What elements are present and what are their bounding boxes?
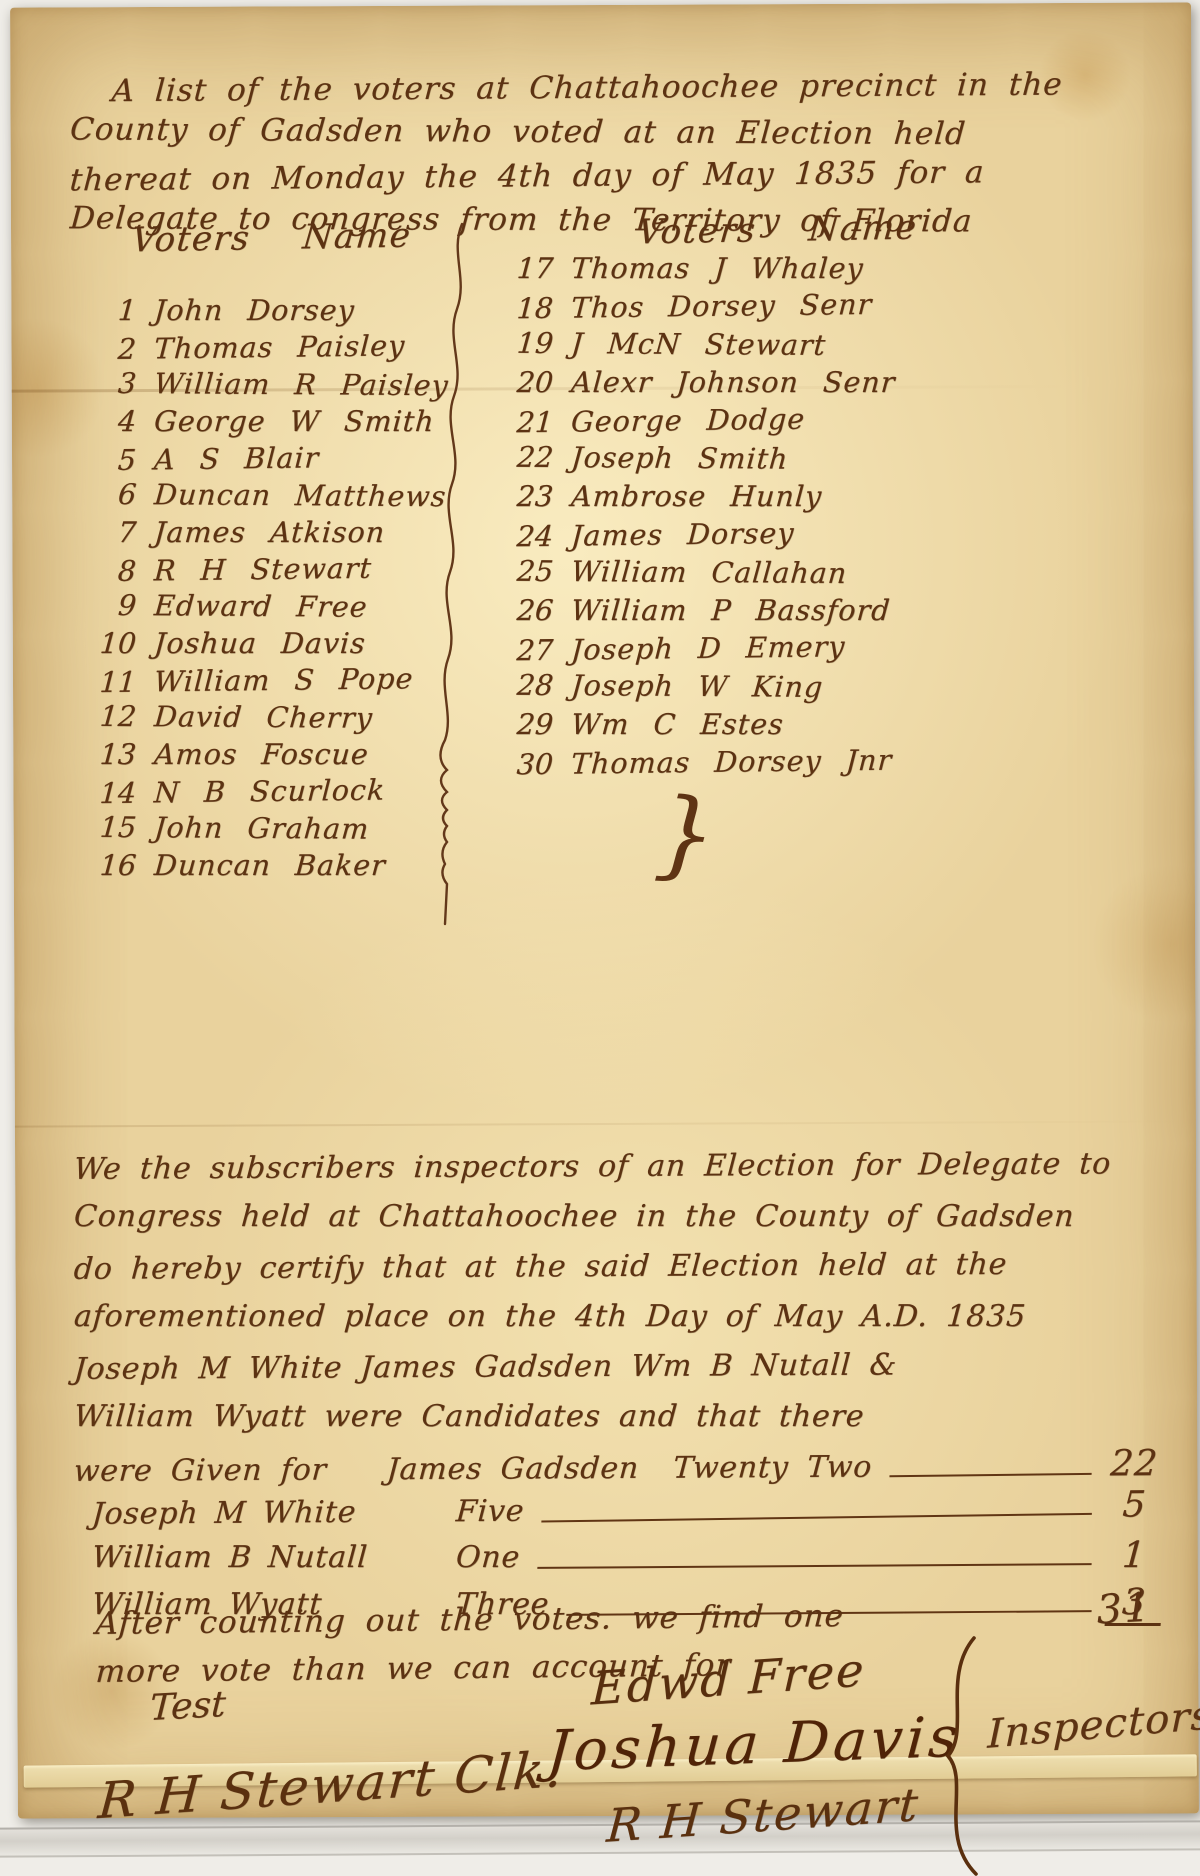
voter-name: A S Blair xyxy=(153,441,320,476)
voter-name: George W Smith xyxy=(153,405,436,438)
voter-number: 7 xyxy=(87,516,137,549)
column-divider-squiggle xyxy=(412,224,482,924)
voter-number: 30 xyxy=(504,748,554,782)
voter-row: 20 Alexr Johnson Senr xyxy=(504,366,897,404)
tally-row: Joseph M White Five 5 xyxy=(90,1484,1163,1538)
voter-number: 17 xyxy=(504,252,554,285)
voter-number: 19 xyxy=(504,327,555,360)
voter-number: 4 xyxy=(87,405,137,438)
voter-number: 18 xyxy=(504,292,554,326)
voter-number: 6 xyxy=(87,478,138,511)
scanned-document: { "ink_color": "#5c3212", "paper_color":… xyxy=(0,0,1200,1876)
voter-name: Thomas Dorsey Jnr xyxy=(570,744,893,781)
voter-row: 4 George W Smith xyxy=(87,405,450,442)
voter-name: R H Stewart xyxy=(153,552,373,588)
voter-row: 15 John Graham xyxy=(87,811,450,851)
voter-number: 27 xyxy=(504,634,554,668)
voter-number: 1 xyxy=(87,294,137,327)
voter-name: William S Pope xyxy=(153,662,414,698)
voter-number: 16 xyxy=(87,849,137,882)
voter-number: 25 xyxy=(504,555,555,588)
voter-number: 20 xyxy=(504,366,554,399)
voter-name: Joseph D Emery xyxy=(570,630,846,666)
voter-row: 16 Duncan Baker xyxy=(87,849,450,886)
column-header-left: Voters Name xyxy=(130,216,413,261)
tally-dash-rule xyxy=(542,1513,1092,1523)
voter-name: William Callahan xyxy=(570,555,848,590)
voter-number: 26 xyxy=(504,594,554,627)
voter-row: 2 Thomas Paisley xyxy=(87,329,450,370)
voter-number: 5 xyxy=(87,444,137,478)
tally-dash-rule xyxy=(889,1473,1091,1477)
voter-row: 27 Joseph D Emery xyxy=(504,630,897,673)
voter-row: 11 William S Pope xyxy=(87,662,450,703)
voter-number: 22 xyxy=(504,441,555,474)
voter-name: David Cherry xyxy=(153,700,374,735)
voter-row: 23 Ambrose Hunly xyxy=(504,480,897,518)
voter-number: 29 xyxy=(504,708,554,741)
voter-name: Alexr Johnson Senr xyxy=(570,366,896,399)
voter-row: 29 Wm C Estes xyxy=(504,708,897,746)
voter-row: 19 J McN Stewart xyxy=(504,327,897,368)
tally-count-value: 1 xyxy=(1105,1535,1164,1576)
voter-number: 15 xyxy=(87,811,138,844)
voter-row: 13 Amos Foscue xyxy=(87,738,450,775)
voter-name: William P Bassford xyxy=(570,594,892,627)
voter-list-right: 17 Thomas J Whaley 18 Thos Dorsey Senr 1… xyxy=(505,252,895,784)
tally-count-words: One xyxy=(455,1540,522,1575)
certification-line: Joseph M White James Gadsden Wm B Nutall… xyxy=(72,1339,1164,1395)
title-line: A list of the voters at Chattahoochee pr… xyxy=(68,63,1064,114)
voter-number: 8 xyxy=(87,555,137,589)
voter-row: 10 Joshua Davis xyxy=(87,627,450,664)
voter-row: 1 John Dorsey xyxy=(87,294,450,331)
voter-row: 7 James Atkison xyxy=(87,516,450,553)
voter-name: J McN Stewart xyxy=(570,327,827,362)
voter-row: 25 William Callahan xyxy=(504,555,897,596)
voter-number: 10 xyxy=(87,627,137,660)
voter-name: Joseph Smith xyxy=(570,441,790,476)
voter-name: Thomas Paisley xyxy=(153,329,406,365)
voter-name: John Dorsey xyxy=(153,294,356,327)
signature-attest: Test xyxy=(149,1684,227,1729)
certification-line: Congress held at Chattahoochee in the Co… xyxy=(72,1192,1163,1242)
voter-row: 21 George Dodge xyxy=(504,402,897,445)
certification-line: We the subscribers inspectors of an Elec… xyxy=(72,1139,1164,1195)
voter-name: Ambrose Hunly xyxy=(570,480,823,513)
title-line: thereat on Monday the 4th day of May 183… xyxy=(68,150,1064,203)
voter-row: 9 Edward Free xyxy=(87,589,450,629)
tally-candidate: William B Nutall xyxy=(91,1540,423,1575)
voter-name: James Atkison xyxy=(153,516,386,549)
voter-name: John Graham xyxy=(153,811,371,846)
voter-number: 3 xyxy=(87,367,138,400)
voter-number: 11 xyxy=(87,666,137,700)
voter-number: 24 xyxy=(504,520,554,554)
voter-name: Duncan Matthews xyxy=(153,478,448,513)
voter-name: Thomas J Whaley xyxy=(570,252,865,285)
voter-row: 28 Joseph W King xyxy=(504,669,897,710)
voter-name: Amos Foscue xyxy=(153,738,370,771)
voter-name: Joseph W King xyxy=(570,669,825,704)
voter-number: 23 xyxy=(504,480,554,513)
voter-row: 3 William R Paisley xyxy=(87,367,450,407)
voter-row: 8 R H Stewart xyxy=(87,551,450,592)
tally-count-words: Five xyxy=(455,1494,526,1529)
tally-total: 31 xyxy=(1091,1584,1157,1633)
voter-name: N B Scurlock xyxy=(153,774,386,810)
title-line: County of Gadsden who voted at an Electi… xyxy=(69,107,1064,156)
voter-name: Duncan Baker xyxy=(153,849,387,882)
certification-block: We the subscribers inspectors of an Elec… xyxy=(74,1142,1162,1494)
voter-row: 5 A S Blair xyxy=(87,440,450,481)
voter-name: George Dodge xyxy=(570,403,806,439)
certification-line: William Wyatt were Candidates and that t… xyxy=(72,1392,1163,1442)
tally-row: William B Nutall One 1 xyxy=(90,1535,1163,1582)
voter-row: 6 Duncan Matthews xyxy=(87,478,450,518)
voter-row: 12 David Cherry xyxy=(87,700,450,740)
column-header-right: Voters Name xyxy=(636,208,919,253)
voter-name: Wm C Estes xyxy=(570,708,785,741)
voter-name: Joshua Davis xyxy=(153,627,367,660)
voter-number: 21 xyxy=(504,406,554,440)
tally-count-value: 5 xyxy=(1105,1484,1164,1525)
voter-number: 9 xyxy=(87,589,138,622)
list-end-brace: } xyxy=(651,776,720,892)
voter-row: 14 N B Scurlock xyxy=(87,773,450,814)
voter-name: Edward Free xyxy=(153,589,369,623)
voter-row: 26 William P Bassford xyxy=(504,594,897,632)
voter-row: 17 Thomas J Whaley xyxy=(504,252,897,290)
tally-dash-rule xyxy=(537,1563,1091,1569)
tally-count-value: 22 xyxy=(1105,1439,1164,1489)
voter-row: 22 Joseph Smith xyxy=(504,441,897,482)
voter-number: 2 xyxy=(87,333,137,367)
tally-candidate: Joseph M White xyxy=(91,1494,423,1531)
scan-backing-edge xyxy=(0,1820,1200,1857)
voter-number: 13 xyxy=(87,738,137,771)
voter-number: 28 xyxy=(504,669,555,702)
voter-name: William R Paisley xyxy=(153,367,450,402)
voter-number: 14 xyxy=(87,777,137,811)
voter-number: 12 xyxy=(87,700,138,733)
voter-list-left: 1 John Dorsey 2 Thomas Paisley 3 William… xyxy=(88,294,449,886)
voter-name: James Dorsey xyxy=(570,517,795,553)
closing-line: After counting out the votes. we find on… xyxy=(94,1592,845,1648)
voter-row: 24 James Dorsey xyxy=(504,516,897,559)
voter-row: 18 Thos Dorsey Senr xyxy=(504,288,897,331)
certification-line: do hereby certify that at the said Elect… xyxy=(72,1239,1164,1295)
certification-line: aforementioned place on the 4th Day of M… xyxy=(72,1292,1163,1342)
voter-name: Thos Dorsey Senr xyxy=(570,288,873,325)
fold-crease xyxy=(15,1120,1196,1127)
